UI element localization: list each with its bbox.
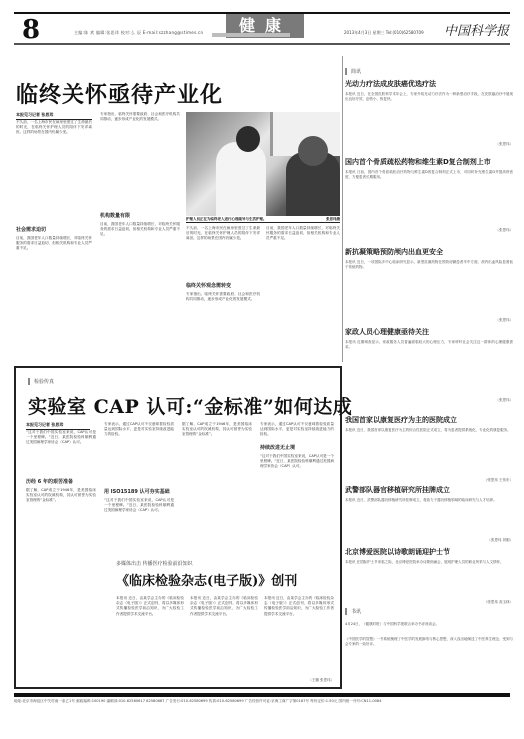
photo-caption-text: 护理人员正在为临终老人进行心理疏导与生活护理。 [186, 217, 267, 221]
brief-item: 武警部队器官移植研究所挂牌成立 本报讯 近日，武警部队器官移植研究所挂牌成立，将… [345, 486, 513, 543]
sub-story-body-3: 本报讯 近日，由某学会主办的《临床检验杂志（电子版）》正式创刊，将以多媒体形式传… [264, 596, 334, 676]
book-news-intro: 4月24日，《健康时报》与中国科学报联合举办书评座谈会。 [345, 622, 513, 634]
briefs-label: 简讯 [345, 68, 361, 75]
brief-source: （张思玮 高玉林） [345, 600, 513, 605]
feature-box: 检验传真 实验室 CAP 认可:“金标准”如何达成 本报见习记者 张思玮 “这对… [14, 366, 342, 689]
brief-title: 光动力疗法成皮肤癌优选疗法 [345, 80, 513, 89]
lead-paragraph-6: 专家指出，临终关怀需要政府、社会和医疗机构共同推动，逐步形成产业化的发展模式。 [186, 292, 260, 356]
lead-paragraph-1: 不久前，一名上海市民在病房里度过了生命最后的时光，在临终关怀护理人员的陪伴下安详… [16, 120, 92, 220]
sub-story-body-2: 本报讯 近日，由某学会主办的《临床检验杂志（电子版）》正式创刊，将以多媒体形式传… [190, 596, 258, 684]
lead-paragraph-7: 目前，我国老年人口数量持续增长，对临终关怀服务的需求日益迫切，但相关机构和专业人… [266, 226, 340, 356]
feature-paragraph-6: 专家表示，通过CAP认可不仅意味着检验质量达到国际水平，更是对实验室持续改进能力… [260, 422, 334, 438]
brief-body: 本报讯 近日，在全国皮肤科学术年会上，专家介绍光动力疗法作为一种新型治疗手段，在… [345, 92, 513, 142]
photo-nurse-head [236, 126, 260, 152]
feature-subhead-1: 历经 6 年的艰苦准备 [26, 478, 73, 485]
brief-source: （张思玮 刘刚） [345, 538, 513, 543]
photo-patient-head [298, 136, 328, 166]
brief-body: 本报讯 近日，我国首家以康复医疗为主的综合性医院正式成立，将为患者提供系统化、专… [345, 428, 513, 478]
feature-paragraph-3: 专家表示，通过CAP认可不仅意味着检验质量达到国际水平，更是对实验室持续改进能力… [104, 422, 174, 482]
brief-item: 光动力疗法成皮肤癌优选疗法 本报讯 近日，在全国皮肤科学术年会上，专家介绍光动力… [345, 80, 513, 147]
newspaper-logo: 中国科学报 [444, 20, 509, 39]
brief-source: （张思玮） [345, 228, 513, 233]
brief-body: 本报讯 在国际护士节来临之际，北京博爱医院举办诗歌朗诵会，展现护理人员的职业风采… [345, 560, 513, 600]
brief-title: 国内首个骨质疏松药物和维生素D复合制剂上市 [345, 158, 513, 167]
photo-caption: 护理人员正在为临终老人进行心理疏导与生活护理。 张思玮摄 [186, 217, 340, 223]
lead-subhead-1: 社会需求迫切 [16, 226, 46, 233]
lead-byline: 本报见习记者 张思玮 [16, 112, 92, 120]
brief-body: 本报讯 日前，国内首个骨质疏松治疗药物与维生素D的复合制剂正式上市，可同时补充维… [345, 170, 513, 228]
lead-photo [186, 112, 340, 216]
lead-paragraph-4: 目前，我国老年人口数量持续增长，对临终关怀服务的需求日益迫切，但相关机构和专业人… [100, 222, 180, 356]
brief-item: 我国首家以康复医疗为主的医院成立 本报讯 近日，我国首家以康复医疗为主的综合性医… [345, 416, 513, 483]
photo-nurse [216, 142, 266, 216]
sub-story-kicker: 多媒体出击 传播医疗检验前沿知识 [116, 560, 193, 567]
editor-credits: 主编:陈 欢 编辑:张思玮 校对:么 辰 E-mail:szzhang@stim… [74, 30, 203, 36]
column-divider [342, 56, 343, 362]
book-news: 4月24日，《健康时报》与中国科学报联合举办书评座谈会。 《中国医学的智慧》一书… [345, 622, 513, 687]
brief-title: 新抗凝策略预防颅内出血更安全 [345, 248, 513, 257]
brief-item: 北京博爱医院以诗歌朗诵迎护士节 本报讯 在国际护士节来临之际，北京博爱医院举办诗… [345, 548, 513, 605]
feature-paragraph-7: “这对于我们中国实验室来说，CAP认可是一个里程碑。”近日，某医院检验科顺利通过… [260, 454, 334, 552]
feature-subhead-3: 持续改进无止境 [260, 444, 295, 451]
lead-headline: 临终关怀亟待产业化 [16, 78, 223, 109]
briefs-column: 简讯 光动力疗法成皮肤癌优选疗法 本报讯 近日，在全国皮肤科学术年会上，专家介绍… [345, 60, 513, 688]
brief-source: （张思玮） [345, 398, 513, 403]
brief-title: 北京博爱医院以诗歌朗诵迎护士节 [345, 548, 513, 557]
brief-title: 家政人员心理健康亟待关注 [345, 328, 513, 337]
brief-item: 家政人员心理健康亟待关注 本报讯 近期调查显示，家政服务人员普遍面临较大的心理压… [345, 328, 513, 403]
lead-paragraph-5: 不久前，一名上海市民在病房里度过了生命最后的时光，在临终关怀护理人员的陪伴下安详… [186, 226, 260, 276]
lead-paragraph-2: 目前，我国老年人口数量持续增长，对临终关怀服务的需求日益迫切，但相关机构和专业人… [16, 236, 92, 356]
brief-title: 武警部队器官移植研究所挂牌成立 [345, 486, 513, 495]
lead-subhead-3: 临终关怀观念需转变 [186, 282, 231, 289]
brief-title: 我国首家以康复医疗为主的医院成立 [345, 416, 513, 425]
brief-item: 国内首个骨质疏松药物和维生素D复合制剂上市 本报讯 日前，国内首个骨质疏松治疗药… [345, 158, 513, 233]
book-news-body: 《中国医学的智慧》一书系统梳理了中医学的发展脉络与核心思想，深入浅出地阐述了中医… [345, 637, 513, 687]
sub-story-headline: 《临床检验杂志(电子版)》创刊 [116, 570, 297, 589]
lead-paragraph-3: 专家指出，临终关怀需要政府、社会和医疗机构共同推动，逐步形成产业化的发展模式。 [100, 112, 180, 212]
section-tab-underline [212, 33, 290, 37]
feature-paragraph-2: 据了解，CAP成立于1946年，是美国临床实验室认可的权威机构，其认可被誉为实验… [26, 488, 96, 684]
feature-subhead-2: 用 ISO15189 认可夯实基础 [104, 488, 170, 495]
page-number: 8 [22, 16, 40, 44]
footer-rule [14, 693, 510, 697]
photo-credit: 张思玮摄 [326, 217, 340, 222]
brief-source: （张思玮 王传东） [345, 478, 513, 483]
brief-item: 新抗凝策略预防颅内出血更安全 本报讯 近日，一项国际多中心临床研究显示，新型抗凝… [345, 248, 513, 323]
masthead: 8 主编:陈 欢 编辑:张思玮 校对:么 辰 E-mail:szzhang@st… [14, 12, 510, 46]
footer-info: 地址:北京市海淀区中关村南一条乙1号 邮政编码:100190 编辑部:010-6… [14, 699, 510, 704]
brief-body: 本报讯 近日，武警部队器官移植研究所挂牌成立，将致力于器官移植领域的临床研究与人… [345, 498, 513, 538]
bottom-rule [14, 43, 510, 45]
brief-body: 本报讯 近期调查显示，家政服务人员普遍面临较大的心理压力，专家呼吁社会关注这一群… [345, 340, 513, 398]
sub-story-body-1: 本报讯 近日，由某学会主办的《临床检验杂志（电子版）》正式创刊，将以多媒体形式传… [116, 596, 184, 684]
feature-headline: 实验室 CAP 认可:“金标准”如何达成 [28, 392, 352, 419]
feature-paragraph-4: “这对于我们中国实验室来说，CAP认可是一个里程碑。”近日，某医院检验科顺利通过… [104, 498, 174, 554]
feature-byline: 本报见习记者 张思玮 [26, 422, 90, 430]
brief-source: （张思玮） [345, 318, 513, 323]
brief-body: 本报讯 近日，一项国际多中心临床研究显示，新型抗凝药物在预防房颤患者卒中方面，颅… [345, 260, 513, 318]
date-info: 2013年4月3日 星期三 Tel:(010)62580709 [344, 30, 424, 36]
feature-paragraph-5: 据了解，CAP成立于1946年，是美国临床实验室认可的权威机构，其认可被誉为实验… [182, 422, 252, 552]
feature-paragraph-1: “这对于我们中国实验室来说，CAP认可是一个里程碑。”近日，某医院检验科顺利通过… [26, 430, 96, 474]
brief-source: （张思玮） [345, 142, 513, 147]
feature-label: 检验传真 [28, 378, 54, 385]
book-news-label: 书讯 [345, 608, 361, 615]
lead-subhead-2: 机构数量有限 [100, 212, 130, 219]
sub-story-source: （王璐 张思玮） [264, 678, 334, 683]
